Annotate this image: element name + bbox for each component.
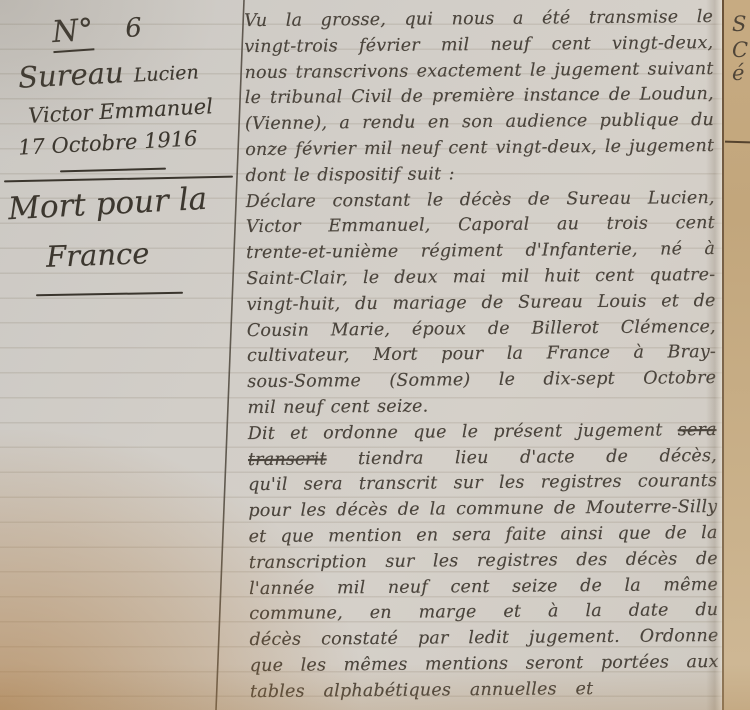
act-number-value: 6 (124, 13, 143, 44)
next-page-text-fragment: S (732, 14, 746, 34)
line-text: sous-Somme (Somme) le dix-sept Octobre (247, 368, 716, 392)
deceased-surname: Sureau (17, 55, 124, 94)
next-page-text-fragment: C (732, 40, 748, 60)
struck-word: sera (678, 420, 717, 440)
judgment-line: Dit et ordonne que le présent jugement s… (248, 418, 717, 448)
judgment-line: mil neuf cent seize. (247, 392, 716, 422)
line-text: qu'il sera transcrit sur les registres c… (248, 471, 717, 495)
line-text: l'année mil neuf cent seize de la même (249, 574, 718, 598)
line-text: Saint-Clair, le deux mai mil huit cent q… (246, 265, 715, 289)
judgment-line: vingt-trois février mil neuf cent vingt-… (244, 31, 713, 61)
judgment-line: commune, en marge et à la date du (249, 598, 718, 628)
line-text: décès constaté par ledit jugement. Ordon… (249, 626, 718, 650)
judgment-line: Vu la grosse, qui nous a été transmise l… (244, 5, 713, 35)
deceased-othernames: Victor Emmanuel (27, 94, 213, 128)
line-text: cultivateur, Mort pour la France à Bray- (247, 342, 716, 366)
judgment-line: tables alphabétiques annuelles et (250, 676, 719, 706)
line-text: Cousin Marie, époux de Billerot Clémence… (247, 317, 716, 341)
struck-word: transcrit (248, 449, 327, 470)
line-text: trente-et-unième régiment d'Infanterie, … (246, 239, 715, 263)
death-date: 17 Octobre 1916 (17, 126, 197, 159)
line-text: transcription sur les registres des décè… (249, 549, 718, 573)
line-text: pour les décès de la commune de Mouterre… (248, 497, 717, 521)
judgment-line: que les mêmes mentions seront portées au… (250, 650, 719, 680)
line-text: tables alphabétiques annuelles et (250, 679, 594, 702)
line-text: dont le dispositif suit : (245, 164, 454, 186)
judgment-line: transcrit tiendra lieu d'acte de décès, (248, 443, 717, 473)
judgment-line: onze février mil neuf cent vingt-deux, l… (245, 134, 714, 164)
act-number-label: N° (51, 12, 95, 53)
page-fold-line (722, 0, 724, 710)
line-text: commune, en marge et à la date du (249, 600, 718, 624)
judgment-line: Saint-Clair, le deux mai mil huit cent q… (246, 263, 715, 293)
act-number: N°6 (51, 9, 143, 50)
next-page-text-fragment: é (732, 63, 744, 83)
margin-rule-short (60, 168, 166, 173)
mort-pour-la-france-line1: Mort pour la (7, 181, 208, 227)
judgment-line: (Vienne), a rendu en son audience publiq… (245, 108, 714, 138)
judgment-line: dont le dispositif suit : (245, 160, 714, 190)
line-text: Vu la grosse, qui nous a été transmise l… (244, 7, 713, 31)
judgment-line: Victor Emmanuel, Caporal au trois cent (246, 211, 715, 241)
line-text: le tribunal Civil de première instance d… (245, 84, 714, 108)
judgment-line: nous transcrivons exactement le jugement… (244, 57, 713, 87)
judgment-line: qu'il sera transcrit sur les registres c… (248, 469, 717, 499)
judgment-line: vingt-huit, du mariage de Sureau Louis e… (246, 289, 715, 319)
judgment-line: pour les décès de la commune de Mouterre… (248, 495, 717, 525)
mort-pour-la-france-line2: France (45, 236, 149, 274)
line-text: onze février mil neuf cent vingt-deux, l… (245, 136, 714, 160)
line-text: vingt-trois février mil neuf cent vingt-… (244, 33, 713, 57)
line-text: tiendra lieu d'acte de décès, (326, 445, 716, 468)
judgment-line: l'année mil neuf cent seize de la même (249, 572, 718, 602)
judgment-line: décès constaté par ledit jugement. Ordon… (249, 624, 718, 654)
line-text: Dit et ordonne que le présent jugement (248, 420, 678, 444)
judgment-line: trente-et-unième régiment d'Infanterie, … (246, 237, 715, 267)
deceased-name: SureauLucien (17, 51, 199, 94)
judgment-line: et que mention en sera faite ainsi que d… (248, 521, 717, 551)
judgment-line: Déclare constant le décès de Sureau Luci… (246, 186, 715, 216)
margin-column: N°6 SureauLucien Victor Emmanuel 17 Octo… (0, 0, 232, 710)
line-text: nous transcrivons exactement le jugement… (244, 59, 713, 83)
line-text: que les mêmes mentions seront portées au… (250, 652, 719, 676)
line-text: et que mention en sera faite ainsi que d… (248, 523, 717, 547)
line-text: Victor Emmanuel, Caporal au trois cent (246, 213, 715, 237)
judgment-transcription: Vu la grosse, qui nous a été transmise l… (244, 5, 719, 706)
judgment-line: le tribunal Civil de première instance d… (245, 82, 714, 112)
next-page-sliver: SCé (724, 0, 750, 710)
judgment-line: sous-Somme (Somme) le dix-sept Octobre (247, 366, 716, 396)
margin-rule-bottom (36, 292, 183, 297)
line-text: vingt-huit, du mariage de Sureau Louis e… (246, 291, 715, 315)
deceased-firstname: Lucien (133, 61, 199, 86)
line-text: mil neuf cent seize. (247, 396, 428, 418)
line-text: Déclare constant le décès de Sureau Luci… (246, 188, 715, 212)
line-text: (Vienne), a rendu en son audience publiq… (245, 110, 714, 134)
register-page: N°6 SureauLucien Victor Emmanuel 17 Octo… (0, 0, 750, 710)
judgment-line: transcription sur les registres des décè… (249, 547, 718, 577)
